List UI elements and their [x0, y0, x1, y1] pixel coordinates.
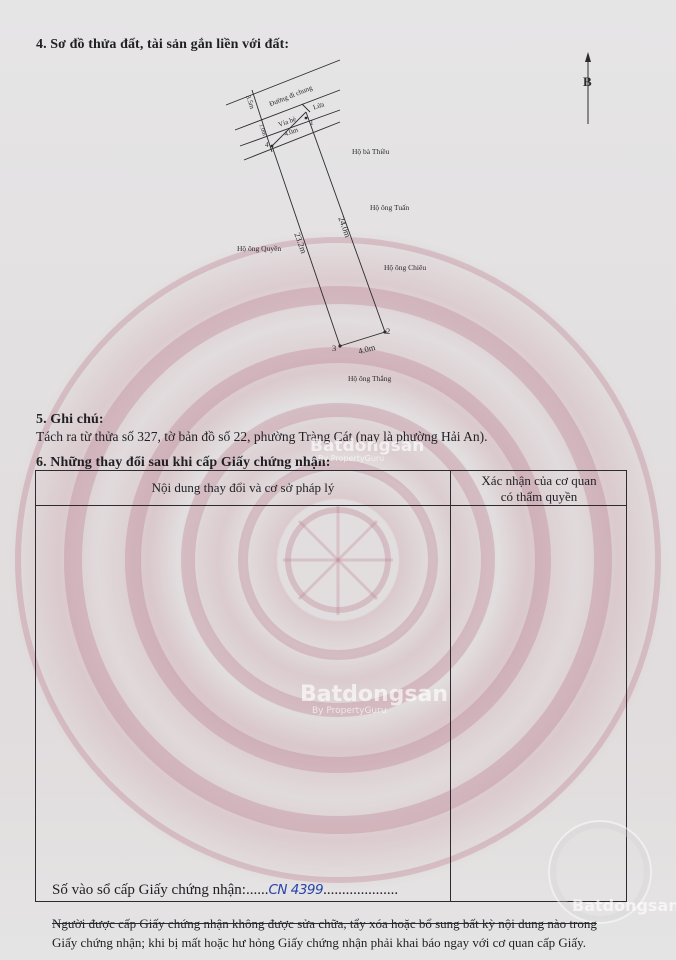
- registration-label: Số vào sổ cấp Giấy chứng nhận:: [52, 882, 246, 898]
- section6-title: 6. Những thay đổi sau khi cấp Giấy chứng…: [36, 455, 331, 471]
- neighbor-ong-chieu: Hộ ông Chiêu: [384, 263, 426, 272]
- point-3-label: 3: [332, 343, 336, 353]
- watermark-sub-top: By PropertyGuru: [318, 454, 384, 463]
- north-label: B: [583, 74, 592, 90]
- section5-title: 5. Ghi chú:: [36, 412, 104, 428]
- watermark-sub-center: By PropertyGuru: [312, 706, 387, 716]
- registration-number: CN 4399: [268, 882, 323, 898]
- watermark-logo-corner: Batdongsan: [572, 896, 676, 915]
- neighbor-ong-quyen: Hộ ông Quyền: [237, 244, 281, 253]
- column-header-content: Nội dung thay đổi và cơ sở pháp lý: [36, 480, 450, 496]
- neighbor-ba-thieu: Hộ bà Thiều: [352, 147, 389, 156]
- registration-number-line: Số vào sổ cấp Giấy chứng nhận:......CN 4…: [52, 882, 398, 899]
- column-header-confirmation-line1: Xác nhận của cơ quan: [451, 473, 627, 489]
- point-2-label: 2: [386, 326, 390, 336]
- point-1-label: 1: [310, 119, 314, 127]
- footnote-line1: Người được cấp Giấy chứng nhận không đượ…: [52, 914, 652, 933]
- dots-after: ....................: [323, 882, 398, 898]
- header-divider: [36, 505, 626, 506]
- dots-before: ......: [246, 882, 269, 898]
- neighbor-ong-thang: Hộ ông Thắng: [348, 374, 391, 383]
- land-plot-diagram: [0, 0, 676, 400]
- watermark-logo-top: Batdongsan: [310, 436, 424, 456]
- column-header-confirmation-line2: có thẩm quyền: [451, 489, 627, 505]
- neighbor-ong-tuan: Hộ ông Tuấn: [370, 203, 409, 212]
- column-divider: [450, 471, 451, 902]
- footnote-line2: Giấy chứng nhận; khi bị mất hoặc hư hỏng…: [52, 933, 652, 952]
- column-header-confirmation: Xác nhận của cơ quan có thẩm quyền: [451, 473, 627, 505]
- footnote: Người được cấp Giấy chứng nhận không đượ…: [52, 914, 652, 952]
- watermark-logo-center: Batdongsan: [300, 682, 448, 707]
- point-4-label: 4: [265, 141, 269, 149]
